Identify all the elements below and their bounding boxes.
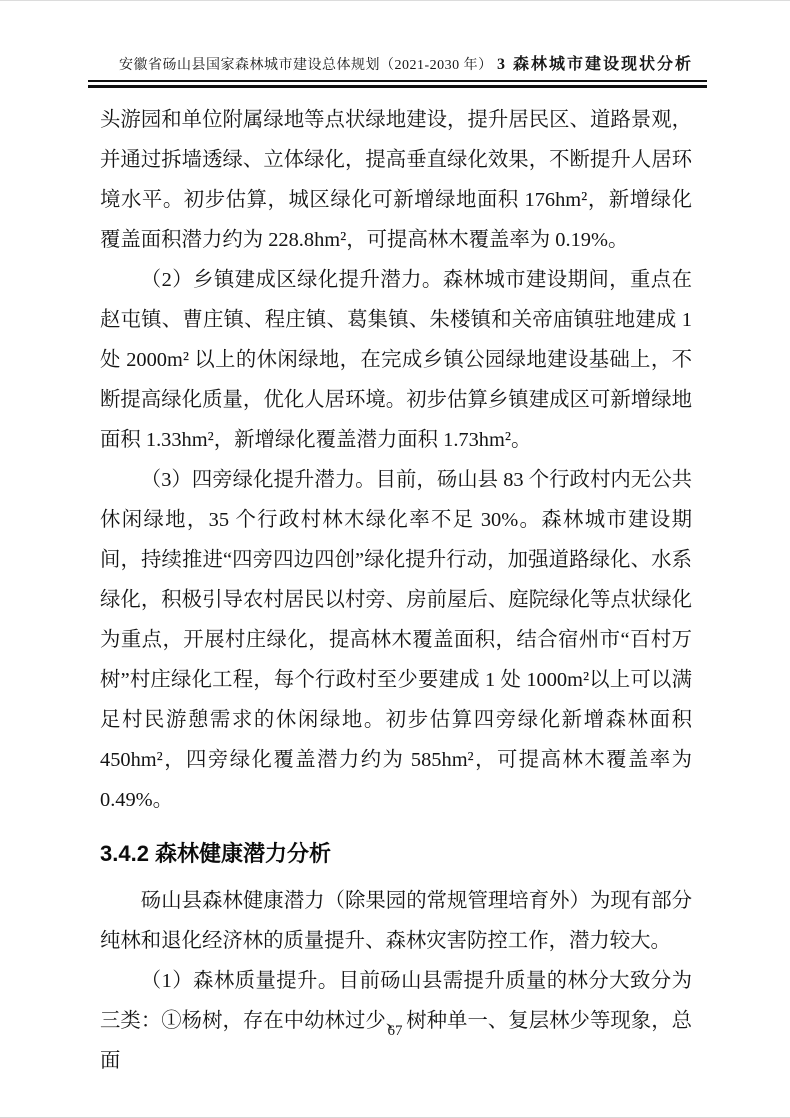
page-number: 67 xyxy=(0,1023,790,1040)
paragraph-forest-quality: （1）森林质量提升。目前砀山县需提升质量的林分大致分为三类：①杨树，存在中幼林过… xyxy=(100,961,692,1081)
running-header: 安徽省砀山县国家森林城市建设总体规划（2021-2030 年） 3 森林城市建设… xyxy=(0,1,790,74)
paragraph-health-intro: 砀山县森林健康潜力（除果园的常规管理培育外）为现有部分纯林和退化经济林的质量提升… xyxy=(100,881,692,961)
header-rule-thick-line xyxy=(88,85,707,89)
header-rule-thin-line xyxy=(88,80,707,82)
running-header-plan-title: 安徽省砀山县国家森林城市建设总体规划（2021-2030 年） xyxy=(119,54,493,74)
document-page: 安徽省砀山县国家森林城市建设总体规划（2021-2030 年） 3 森林城市建设… xyxy=(0,0,790,1118)
section-heading-3-4-2: 3.4.2 森林健康潜力分析 xyxy=(100,837,692,871)
paragraph-city-greening: 头游园和单位附属绿地等点状绿地建设，提升居民区、道路景观，并通过拆墙透绿、立体绿… xyxy=(100,100,692,260)
paragraph-town-greening: （2）乡镇建成区绿化提升潜力。森林城市建设期间，重点在赵屯镇、曹庄镇、程庄镇、葛… xyxy=(100,260,692,460)
header-rule xyxy=(88,80,707,88)
running-header-chapter-title: 3 森林城市建设现状分析 xyxy=(497,51,693,74)
page-body: 头游园和单位附属绿地等点状绿地建设，提升居民区、道路景观，并通过拆墙透绿、立体绿… xyxy=(100,100,692,1081)
paragraph-sipang-greening: （3）四旁绿化提升潜力。目前，砀山县 83 个行政村内无公共休闲绿地，35 个行… xyxy=(100,460,692,820)
